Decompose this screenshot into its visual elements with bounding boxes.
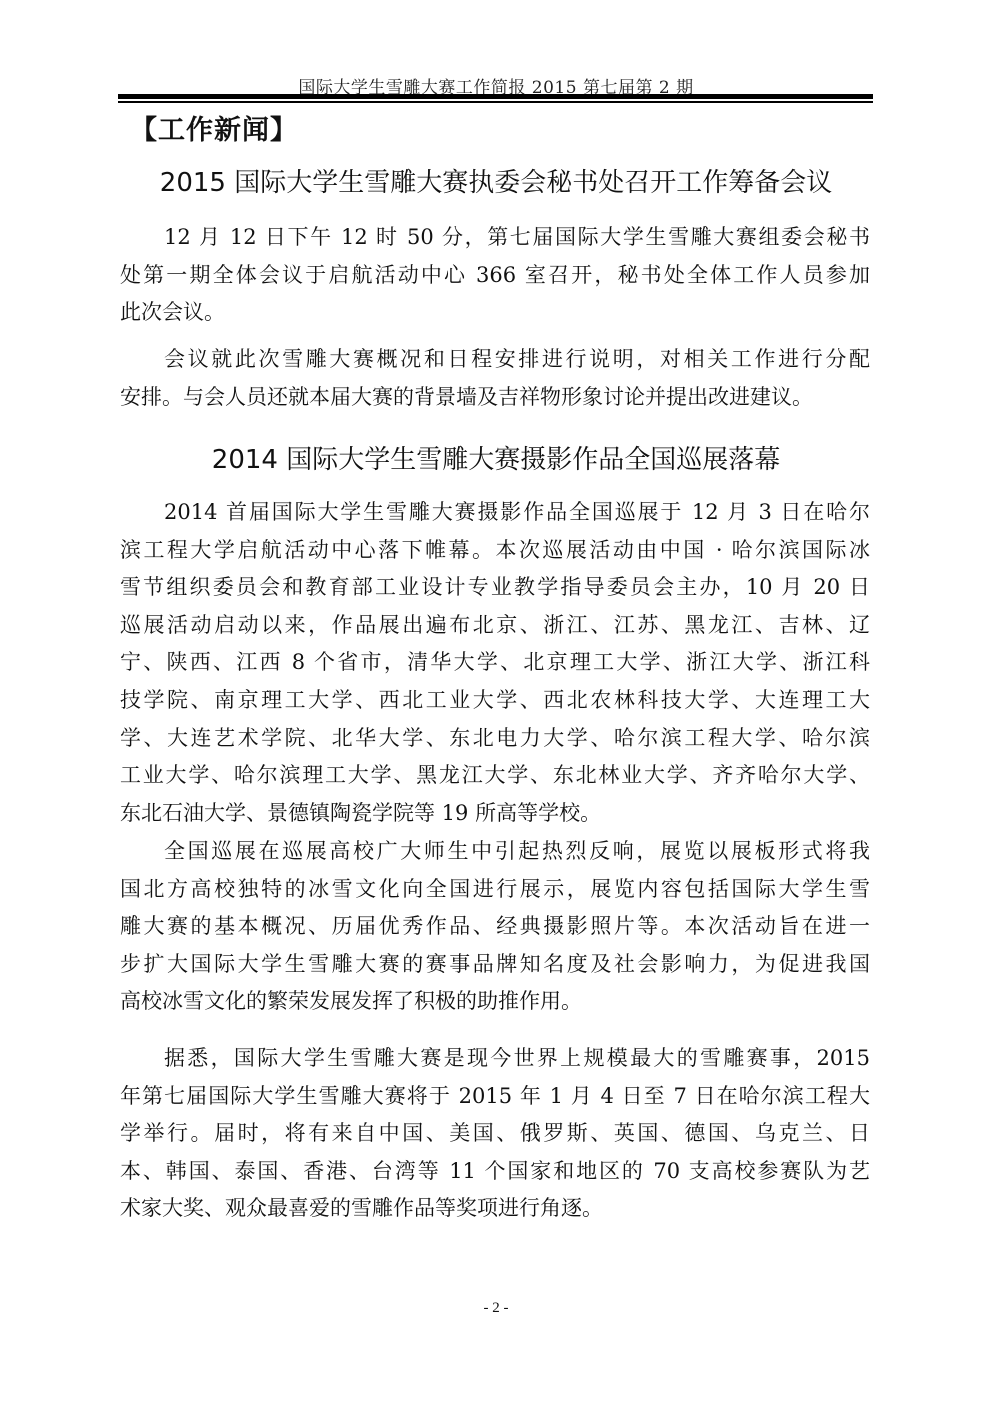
text-line: 雪节组织委员会和教育部工业设计专业教学指导委员会主办，10 月 20 日	[120, 569, 870, 607]
text-line: 2014 首届国际大学生雪雕大赛摄影作品全国巡展于 12 月 3 日在哈尔	[120, 494, 870, 532]
text-line: 处第一期全体会议于启航活动中心 366 室召开，秘书处全体工作人员参加	[120, 257, 870, 295]
text-line: 年第七届国际大学生雪雕大赛将于 2015 年 1 月 4 日至 7 日在哈尔滨工…	[120, 1078, 870, 1116]
text-line: 全国巡展在巡展高校广大师生中引起热烈反响，展览以展板形式将我	[120, 833, 870, 871]
text-line: 国北方高校独特的冰雪文化向全国进行展示，展览内容包括国际大学生雪	[120, 871, 870, 909]
section-tag: 【工作新闻】	[130, 108, 298, 147]
text-line: 此次会议。	[120, 294, 870, 332]
text-line: 高校冰雪文化的繁荣发展发挥了积极的助推作用。	[120, 983, 870, 1021]
article-1-paragraph-2: 会议就此次雪雕大赛概况和日程安排进行说明，对相关工作进行分配 安排。与会人员还就…	[120, 341, 870, 416]
text-line: 东北石油大学、景德镇陶瓷学院等 19 所高等学校。	[120, 795, 870, 833]
text-line: 滨工程大学启航活动中心落下帷幕。本次巡展活动由中国 · 哈尔滨国际冰	[120, 532, 870, 570]
article-1-paragraph-1: 12 月 12 日下午 12 时 50 分，第七届国际大学生雪雕大赛组委会秘书 …	[120, 219, 870, 332]
text-line: 安排。与会人员还就本届大赛的背景墙及吉祥物形象讨论并提出改进建议。	[120, 379, 870, 417]
article-2-paragraph-1: 2014 首届国际大学生雪雕大赛摄影作品全国巡展于 12 月 3 日在哈尔 滨工…	[120, 494, 870, 832]
text-line: 据悉，国际大学生雪雕大赛是现今世界上规模最大的雪雕赛事，2015	[120, 1040, 870, 1078]
article-1-headline: 2015 国际大学生雪雕大赛执委会秘书处召开工作筹备会议	[0, 162, 992, 199]
text-line: 步扩大国际大学生雪雕大赛的赛事品牌知名度及社会影响力，为促进我国	[120, 946, 870, 984]
text-line: 12 月 12 日下午 12 时 50 分，第七届国际大学生雪雕大赛组委会秘书	[120, 219, 870, 257]
text-line: 技学院、南京理工大学、西北工业大学、西北农林科技大学、大连理工大	[120, 682, 870, 720]
header-rule-thick	[118, 94, 873, 99]
text-line: 术家大奖、观众最喜爱的雪雕作品等奖项进行角逐。	[120, 1190, 870, 1228]
text-line: 会议就此次雪雕大赛概况和日程安排进行说明，对相关工作进行分配	[120, 341, 870, 379]
text-line: 雕大赛的基本概况、历届优秀作品、经典摄影照片等。本次活动旨在进一	[120, 908, 870, 946]
article-2-paragraph-3: 据悉，国际大学生雪雕大赛是现今世界上规模最大的雪雕赛事，2015 年第七届国际大…	[120, 1040, 870, 1228]
page-number: - 2 -	[0, 1300, 992, 1317]
header-rule-thin	[118, 101, 873, 103]
text-line: 工业大学、哈尔滨理工大学、黑龙江大学、东北林业大学、齐齐哈尔大学、	[120, 757, 870, 795]
text-line: 学、大连艺术学院、北华大学、东北电力大学、哈尔滨工程大学、哈尔滨	[120, 720, 870, 758]
text-line: 宁、陕西、江西 8 个省市，清华大学、北京理工大学、浙江大学、浙江科	[120, 644, 870, 682]
text-line: 本、韩国、泰国、香港、台湾等 11 个国家和地区的 70 支高校参赛队为艺	[120, 1153, 870, 1191]
article-2-headline: 2014 国际大学生雪雕大赛摄影作品全国巡展落幕	[0, 439, 992, 476]
article-2-paragraph-2: 全国巡展在巡展高校广大师生中引起热烈反响，展览以展板形式将我 国北方高校独特的冰…	[120, 833, 870, 1021]
text-line: 学举行。届时，将有来自中国、美国、俄罗斯、英国、德国、乌克兰、日	[120, 1115, 870, 1153]
text-line: 巡展活动启动以来，作品展出遍布北京、浙江、江苏、黑龙江、吉林、辽	[120, 607, 870, 645]
